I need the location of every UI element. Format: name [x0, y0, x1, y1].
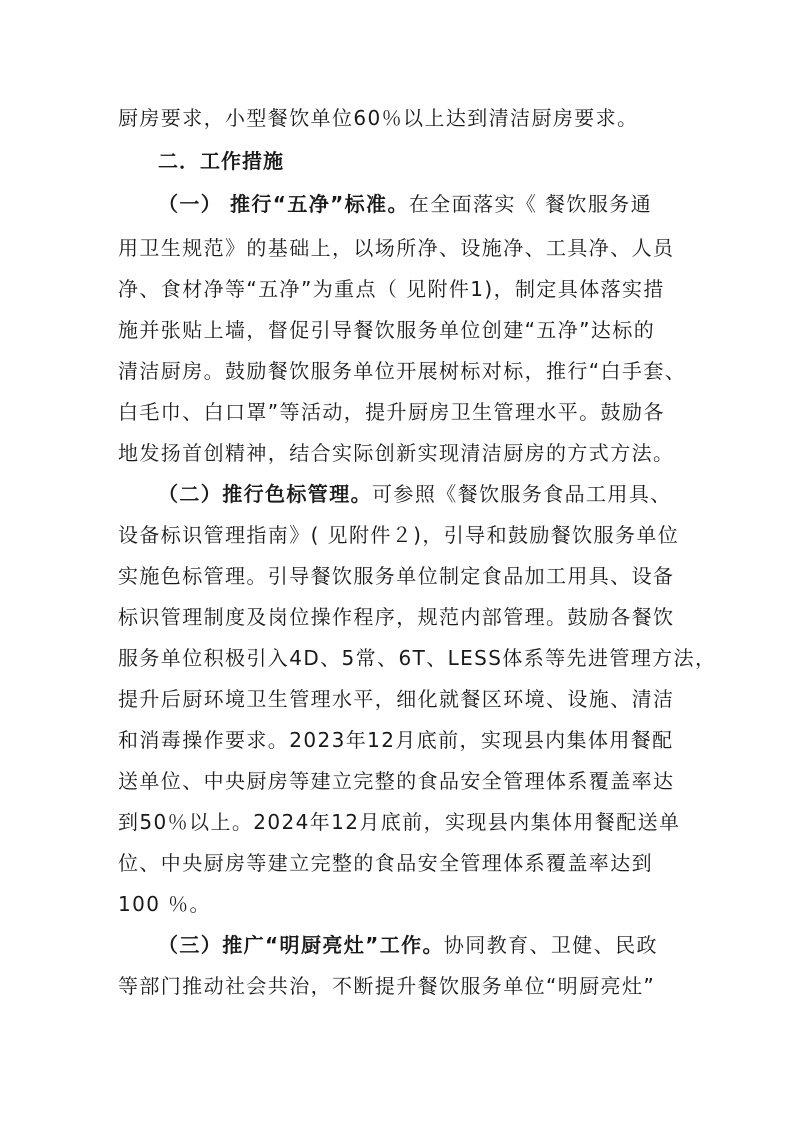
paragraph-line: 100 ％。 — [118, 890, 678, 918]
item-3-line: （三）推广“明厨亮灶”工作。协同教育、卫健、民政 — [158, 931, 678, 959]
paragraph-line: 到50％以上。2024年12月底前，实现县内集体用餐配送单 — [118, 808, 678, 836]
item-2-title: 推行色标管理。 — [222, 482, 372, 506]
paragraph-line: 提升后厨环境卫生管理水平，细化就餐区环境、设施、清洁 — [118, 685, 678, 713]
document-page: 厨房要求，小型餐饮单位60％以上达到清洁厨房要求。 二．工作措施 （一） 推行“… — [0, 0, 793, 1122]
paragraph-line: 清洁厨房。鼓励餐饮服务单位开展树标对标，推行“白手套、 — [118, 357, 678, 385]
item-2-text: 可参照《餐饮服务食品工用具、 — [372, 482, 672, 506]
item-1-label: （一） — [158, 192, 222, 216]
paragraph-line: 和消毒操作要求。2023年12月底前，实现县内集体用餐配 — [118, 726, 678, 754]
paragraph-line: 等部门推动社会共治，不断提升餐饮服务单位“明厨亮灶” — [118, 972, 678, 1000]
item-3-text: 协同教育、卫健、民政 — [444, 933, 658, 957]
paragraph-line: 服务单位积极引入4D、5常、6T、LESS体系等先进管理方法， — [118, 644, 678, 672]
paragraph-line: 白毛巾、白口罩”等活动，提升厨房卫生管理水平。鼓励各 — [118, 398, 678, 426]
paragraph-line: 用卫生规范》的基础上，以场所净、设施净、工具净、人员 — [118, 234, 678, 262]
item-3-label: （三） — [158, 933, 222, 957]
paragraph-line: 设备标识管理指南》( 见附件２)，引导和鼓励餐饮服务单位 — [118, 521, 678, 549]
paragraph-line: 实施色标管理。引导餐饮服务单位制定食品加工用具、设备 — [118, 562, 678, 590]
paragraph-line: 净、食材净等“五净”为重点（ 见附件1)，制定具体落实措 — [118, 275, 678, 303]
item-2-line: （二）推行色标管理。可参照《餐饮服务食品工用具、 — [158, 480, 678, 508]
item-3-title: 推广“明厨亮灶”工作。 — [222, 933, 444, 957]
item-1-title: 推行“五净”标准。 — [230, 192, 409, 216]
paragraph-line: 位、中央厨房等建立完整的食品安全管理体系覆盖率达到 — [118, 849, 678, 877]
paragraph-line: 地发扬首创精神，结合实际创新实现清洁厨房的方式方法。 — [118, 439, 678, 467]
item-1-line: （一） 推行“五净”标准。在全面落实《 餐饮服务通 — [158, 190, 678, 218]
paragraph-line: 施并张贴上墙，督促引导餐饮服务单位创建“五净”达标的 — [118, 316, 678, 344]
paragraph-line: 送单位、中央厨房等建立完整的食品安全管理体系覆盖率达 — [118, 767, 678, 795]
item-2-label: （二） — [158, 482, 222, 506]
item-1-text: 在全面落实《 餐饮服务通 — [409, 192, 652, 216]
paragraph-line: 标识管理制度及岗位操作程序，规范内部管理。鼓励各餐饮 — [118, 603, 678, 631]
paragraph-line: 厨房要求，小型餐饮单位60％以上达到清洁厨房要求。 — [118, 104, 678, 132]
section-heading: 二．工作措施 — [158, 147, 678, 175]
